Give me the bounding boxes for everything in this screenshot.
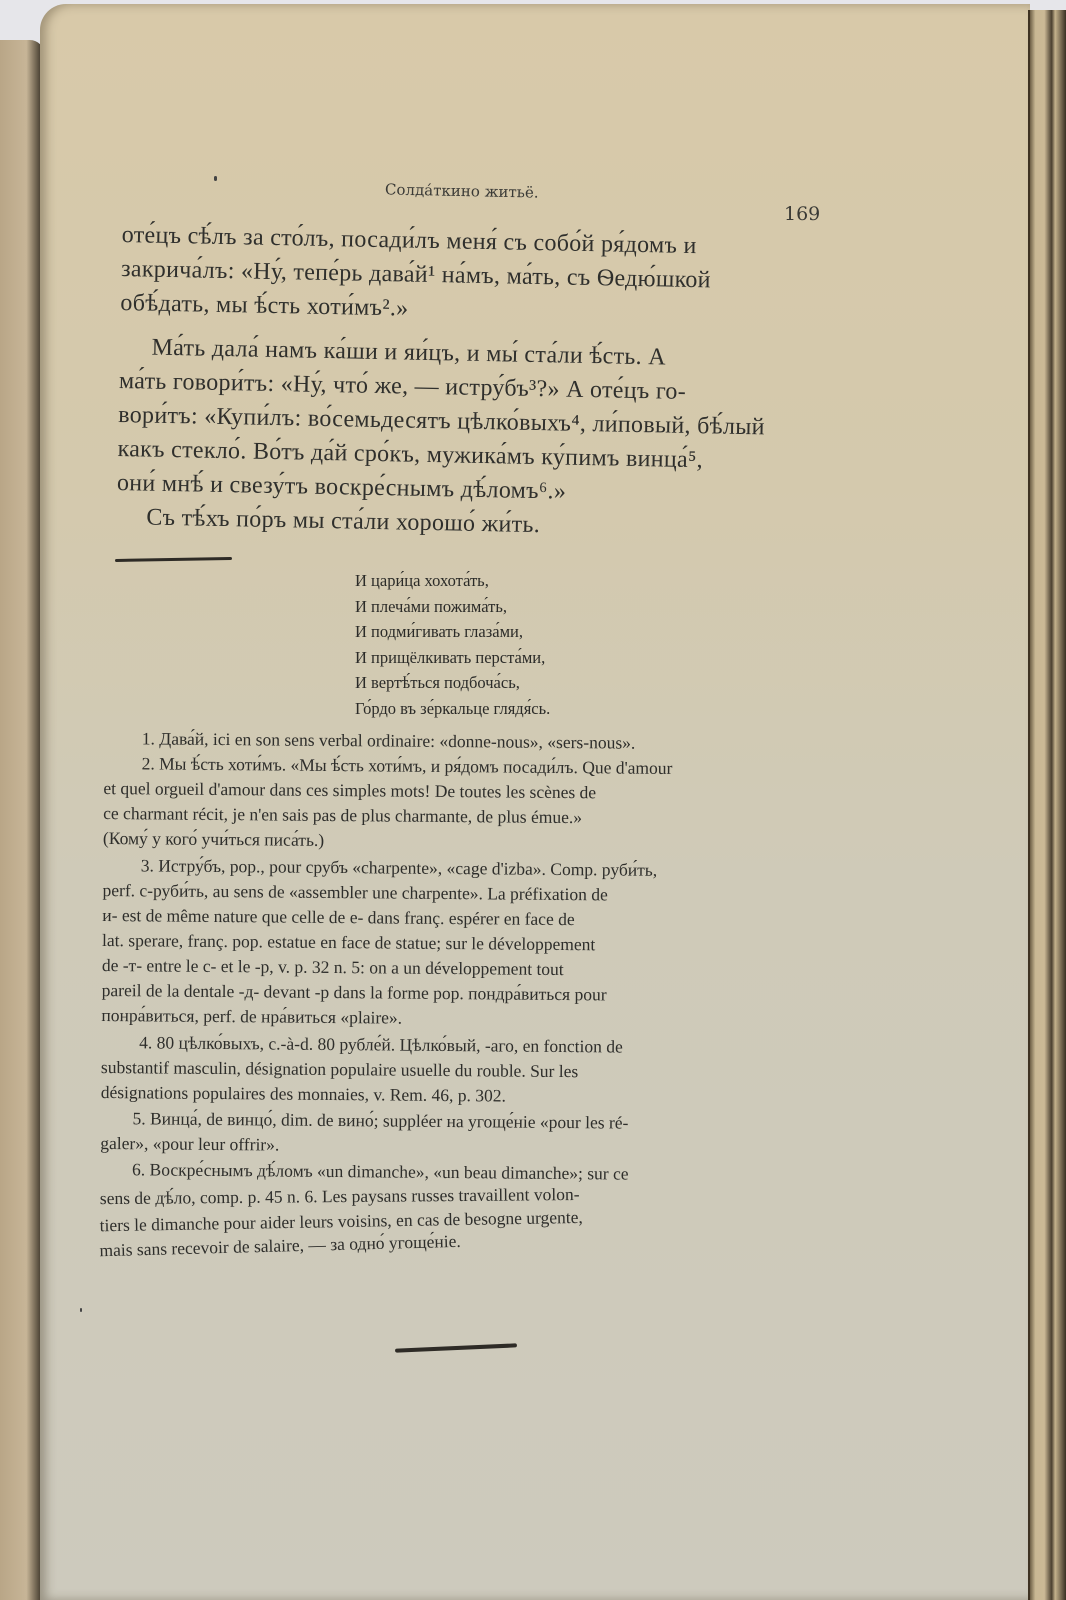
footnote-line: désignations populaires des monnaies, v.… xyxy=(101,1082,506,1107)
running-head: Солда́ткино житьё. xyxy=(385,180,539,201)
verse-line: И цари́ца хохота́ть, xyxy=(355,568,550,594)
footnote-line: pareil de la dentale -д- devant -р dans … xyxy=(102,980,607,1005)
footnote-line: ce charmant récit, je n'en sais pas de p… xyxy=(103,803,582,828)
footnote-4: 4. 80 цѣлко́выхъ, c.-à-d. 80 рубле́й. Цѣ… xyxy=(139,1032,623,1057)
footnote-3: 3. Истру́бъ, pop., pour срубъ «charpente… xyxy=(141,855,658,881)
footnote-line: lat. sperare, franç. pop. estatue en fac… xyxy=(102,930,595,955)
verse-line: Го́рдо въ зе́ркальце глядя́сь. xyxy=(355,696,550,722)
text-line: обѣ́дать, мы ѣ́сть хоти́мъ².» xyxy=(120,290,409,323)
footnote-line: galer», «pour leur offrir». xyxy=(100,1133,279,1156)
footnote-line: substantif masculin, désignation populai… xyxy=(101,1057,578,1082)
verse-block: И цари́ца хохота́ть, И плеча́ми пожима́т… xyxy=(355,568,550,721)
verse-line: И плеча́ми пожима́ть, xyxy=(355,594,550,620)
footnote-line: понра́виться, perf. de нра́виться «plair… xyxy=(101,1005,402,1029)
ink-speck xyxy=(80,1308,82,1312)
verse-line: И вертѣ́ться подбоча́сь, xyxy=(355,670,550,696)
page-number: 169 xyxy=(784,203,820,225)
ink-speck xyxy=(214,176,217,181)
footnote-5: 5. Винца́, de винцо́, dim. de вино́; sup… xyxy=(132,1108,628,1133)
footnote-1: 1. Дава́й, ici en son sens verbal ordina… xyxy=(142,728,636,753)
footnote-line: perf. с-руби́ть, au sens de «assembler u… xyxy=(102,880,607,905)
footnote-line: и- est de même nature que celle de е- da… xyxy=(102,905,575,930)
facing-page-edge xyxy=(0,40,44,1600)
page-stack-edge xyxy=(1030,10,1066,1600)
footnote-line: (Кому́ у кого́ учи́ться писа́ть.) xyxy=(103,828,324,851)
footnote-line: et quel orgueil d'amour dans ces simples… xyxy=(103,778,596,803)
verse-line: И подми́гивать глаза́ми, xyxy=(355,619,550,645)
verse-line: И прищёлкивать перста́ми, xyxy=(355,645,550,671)
footnote-line: de -т- entre le с- et le -р, v. p. 32 n.… xyxy=(102,955,564,980)
footnote-6: 6. Воскре́снымъ дѣ́ломъ «un dimanche», «… xyxy=(132,1159,629,1184)
footnote-line: sens de дѣ́ло, comp. p. 45 n. 6. Les pay… xyxy=(100,1184,580,1209)
